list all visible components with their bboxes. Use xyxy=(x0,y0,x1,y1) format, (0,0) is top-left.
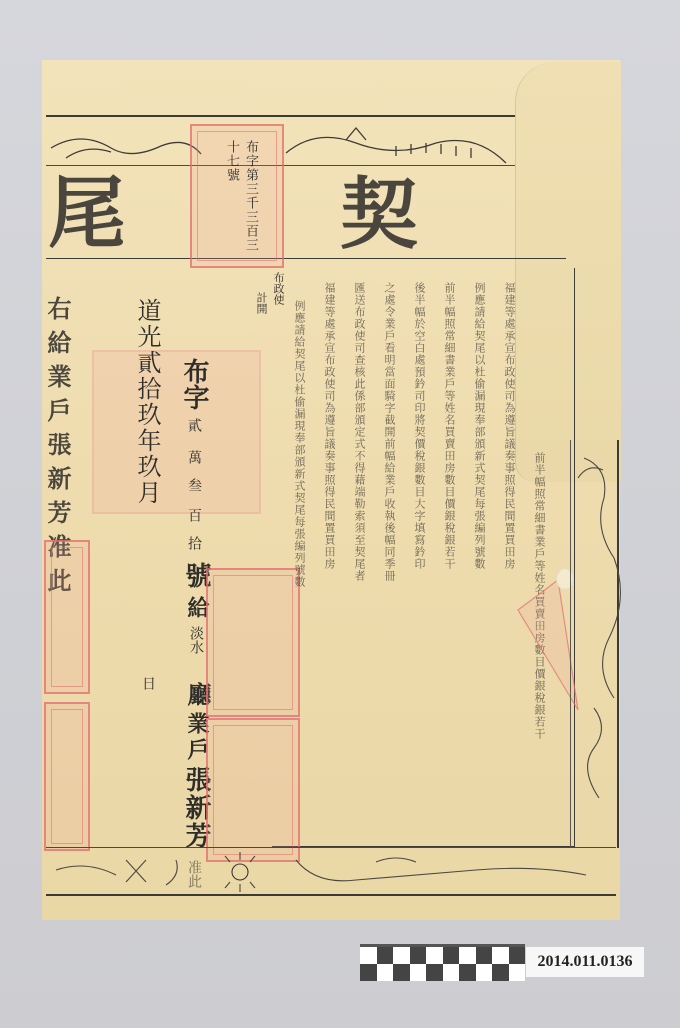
color-scale-bar xyxy=(360,944,525,981)
issued-to-tamsui: 淡水 xyxy=(186,626,206,654)
left-seal-lower xyxy=(44,702,90,851)
body-text-line-8: 例應請給契尾以杜偷漏現奉部頒新式契尾每張編列號數 xyxy=(290,300,306,840)
title-divider xyxy=(46,258,566,259)
body-subheading: 計開 xyxy=(253,292,269,314)
body-text-line-4: 後半幅於空白處預鈐司印將契價稅銀數目大字填寫鈐印 xyxy=(410,282,426,842)
body-text-line-6: 匯送布政使司查核此係部頒定式不得藉端勒索須至契尾者 xyxy=(350,282,366,842)
body-text-line-5: 之處令業戶看明當面騎字截開前幅給業戶收執後幅同季冊 xyxy=(380,282,396,842)
serial-stamp-text: 布字第三千三百三十七號 xyxy=(222,140,260,260)
serial-column-3: 叁 xyxy=(184,478,204,492)
title-char-qi: 契 xyxy=(340,176,418,254)
date-column: 道光貳拾玖年玖月 xyxy=(130,298,165,508)
body-heading: 布政使 xyxy=(270,272,286,305)
serial-column-shi: 拾 xyxy=(184,536,204,550)
serial-column-bai: 百 xyxy=(184,508,204,522)
body-text-line-1: 福建等處承宣布政使司為遵旨議奏事照得民間置買田房 xyxy=(500,282,516,842)
serial-column-2: 貳 xyxy=(184,418,204,432)
body-text-line-7: 福建等處承宣布政使司為遵旨議奏事照得民間置買田房 xyxy=(320,282,336,842)
dragon-bottom-decoration-icon xyxy=(46,850,616,894)
serial-column-wan: 萬 xyxy=(184,450,204,464)
dragon-right-decoration-icon xyxy=(574,448,618,848)
serial-column-prefix: 布字 xyxy=(176,358,213,410)
accession-number-label: 2014.011.0136 xyxy=(526,947,644,977)
small-mark: 日 xyxy=(138,676,158,690)
left-seal-upper xyxy=(44,540,90,694)
body-text-line-3: 前半幅照常細書業戶等姓名買賣田房數目價銀稅銀若干 xyxy=(440,282,456,842)
title-char-wei: 尾 xyxy=(48,175,126,253)
body-seal-lower xyxy=(206,718,300,862)
body-seal-upper xyxy=(206,568,300,717)
body-text-line-2: 例應請給契尾以杜偷漏現奉部頒新式契尾每張編列號數 xyxy=(470,282,486,842)
